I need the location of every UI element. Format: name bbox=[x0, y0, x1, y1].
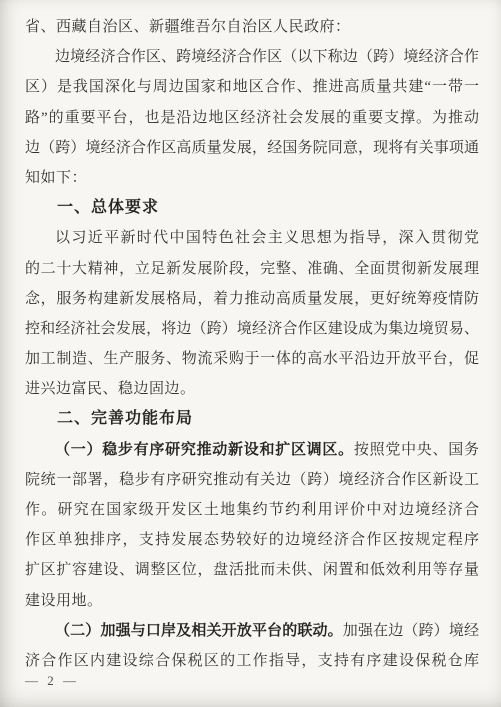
clause-1-text: 按照党中央、国务 bbox=[354, 442, 479, 458]
text-line: 院统一部署，稳步有序研究推动有关边（跨）境经济合作区新设工 bbox=[25, 465, 479, 495]
section-heading-1: 一、总体要求 bbox=[25, 193, 479, 223]
text-line: 知如下： bbox=[25, 163, 479, 193]
text-line: 的二十大精神，立足新发展阶段，完整、准确、全面贯彻新发展理 bbox=[25, 254, 479, 284]
text-line-salutation: 省、西藏自治区、新疆维吾尔自治区人民政府： bbox=[25, 12, 479, 42]
text-line: 路”的重要平台，也是沿边地区经济社会发展的重要支撑。为推动 bbox=[25, 103, 479, 133]
text-line: 控和经济社会发展，将边（跨）境经济合作区建设成为集边境贸易、 bbox=[25, 314, 479, 344]
text-line: 念，服务构建新发展格局，着力推动高质量发展，更好统筹疫情防 bbox=[25, 284, 479, 314]
section-heading-2: 二、完善功能布局 bbox=[25, 404, 479, 434]
text-line: 进兴边富民、稳边固边。 bbox=[25, 374, 479, 404]
text-line: 济合作区内建设综合保税区的工作指导，支持有序建设保税仓库 bbox=[25, 646, 479, 676]
text-line: 作区单独排序，支持发展态势较好的边境经济合作区按规定程序 bbox=[25, 525, 479, 555]
text-line: 区）是我国深化与周边国家和地区合作、推进高质量共建“一带一 bbox=[25, 72, 479, 102]
scanned-document-page: 省、西藏自治区、新疆维吾尔自治区人民政府： 边境经济合作区、跨境经济合作区（以下… bbox=[0, 0, 501, 707]
text-line-clause-1: （一）稳步有序研究推动新设和扩区调区。按照党中央、国务 bbox=[25, 435, 479, 465]
text-line: 边（跨）境经济合作区高质量发展，经国务院同意，现将有关事项通 bbox=[25, 133, 479, 163]
text-line: 建设用地。 bbox=[25, 586, 479, 616]
clause-2-text: 加强在边（跨）境经 bbox=[343, 623, 479, 639]
text-line: 以习近平新时代中国特色社会主义思想为指导，深入贯彻党 bbox=[25, 223, 479, 253]
page-number: — 2 — bbox=[25, 673, 79, 689]
text-line: 扩区扩容建设、调整区位，盘活批而未供、闲置和低效利用等存量 bbox=[25, 555, 479, 585]
text-line: 作。研究在国家级开发区土地集约节约利用评价中对边境经济合 bbox=[25, 495, 479, 525]
text-line-clause-2: （二）加强与口岸及相关开放平台的联动。加强在边（跨）境经 bbox=[25, 616, 479, 646]
clause-1-title: （一）稳步有序研究推动新设和扩区调区。 bbox=[55, 442, 354, 458]
text-line: 加工制造、生产服务、物流采购于一体的高水平沿边开放平台，促 bbox=[25, 344, 479, 374]
clause-2-title: （二）加强与口岸及相关开放平台的联动。 bbox=[55, 623, 343, 639]
text-line: 边境经济合作区、跨境经济合作区（以下称边（跨）境经济合作 bbox=[25, 42, 479, 72]
document-body: 省、西藏自治区、新疆维吾尔自治区人民政府： 边境经济合作区、跨境经济合作区（以下… bbox=[25, 12, 479, 676]
